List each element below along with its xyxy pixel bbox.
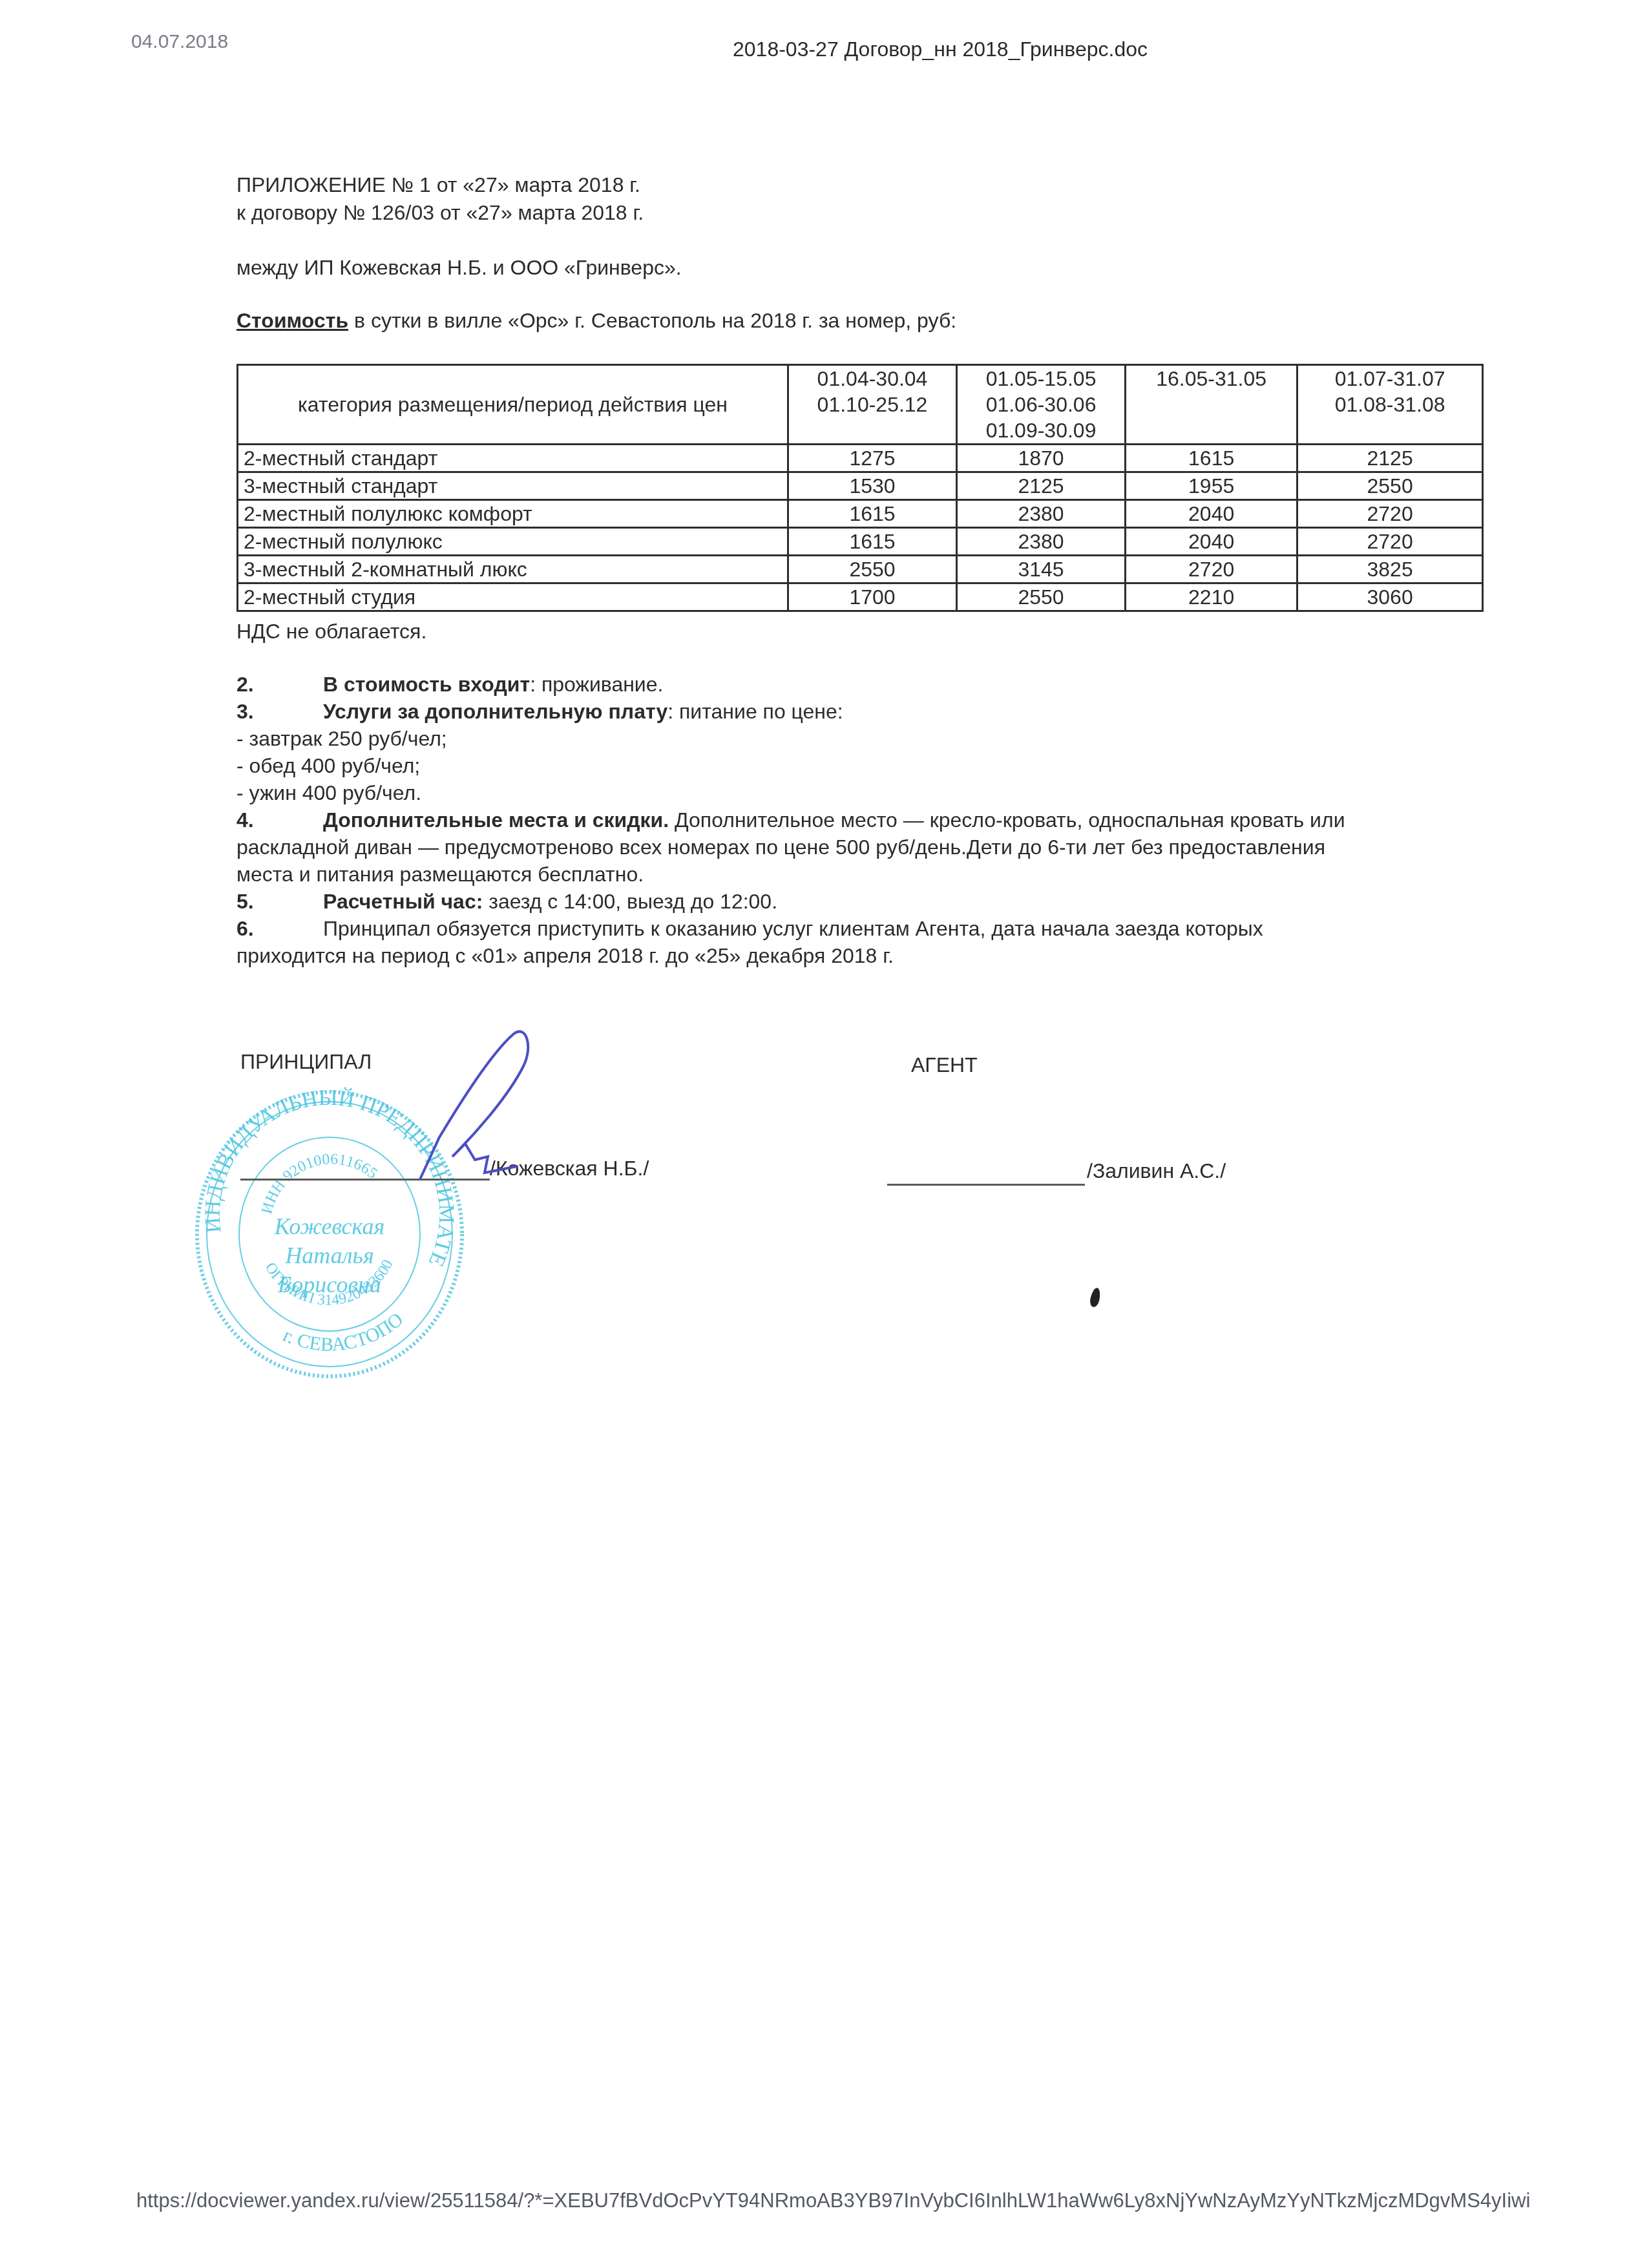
price-table-header: категория размещения/период действия цен… [238, 365, 1483, 445]
term-item-4-line-2: раскладной диван — предусмотреново всех … [236, 834, 1325, 861]
print-document-title: 2018-03-27 Договор_нн 2018_Гринверс.doc [733, 37, 1148, 61]
price-cell: 2380 [957, 528, 1126, 556]
term-item-2: 2.В стоимость входит: проживание. [236, 671, 663, 698]
price-cell: 2550 [957, 583, 1126, 611]
price-cell: 2210 [1126, 583, 1297, 611]
room-category: 3-местный стандарт [238, 472, 788, 500]
header-category: категория размещения/период действия цен [238, 365, 788, 445]
svg-text:Кожевская: Кожевская [274, 1213, 384, 1239]
meal-lunch: - обед 400 руб/чел; [236, 752, 420, 779]
room-category: 2-местный стандарт [238, 445, 788, 472]
term-item-4: 4.Дополнительные места и скидки. Дополни… [236, 806, 1345, 834]
price-cell: 2040 [1126, 528, 1297, 556]
term-item-6: 6.Принципал обязуется приступить к оказа… [236, 915, 1263, 942]
price-cell: 1870 [957, 445, 1126, 472]
term-item-6-line-2: приходится на период с «01» апреля 2018 … [236, 942, 894, 969]
svg-text:Наталья: Наталья [284, 1243, 373, 1268]
table-row: 2-местный полулюкс1615238020402720 [238, 528, 1483, 556]
term-item-5: 5.Расчетный час: заезд с 14:00, выезд до… [236, 888, 777, 915]
price-cell: 2125 [957, 472, 1126, 500]
header-period-4: 01.07-31.07 01.08-31.08 [1297, 365, 1483, 445]
header-period-1: 01.04-30.04 01.10-25.12 [788, 365, 956, 445]
table-row: 2-местный стандарт1275187016152125 [238, 445, 1483, 472]
principal-label: ПРИНЦИПАЛ [240, 1050, 372, 1074]
appendix-title: ПРИЛОЖЕНИЕ № 1 от «27» марта 2018 г. [236, 171, 640, 198]
print-footer-url: https://docviewer.yandex.ru/view/2551158… [136, 2189, 1530, 2212]
contract-reference: к договору № 126/03 от «27» марта 2018 г… [236, 199, 644, 226]
vat-note: НДС не облагается. [236, 618, 426, 645]
price-cell: 1275 [788, 445, 956, 472]
cost-heading: Стоимость в сутки в вилле «Орс» г. Севас… [236, 307, 956, 334]
price-cell: 2550 [1297, 472, 1483, 500]
agent-signature-line [887, 1184, 1085, 1186]
table-row: 2-местный полулюкс комфорт16152380204027… [238, 500, 1483, 528]
signature-icon [362, 1027, 543, 1189]
price-cell: 2550 [788, 556, 956, 583]
cost-description: в сутки в вилле «Орс» г. Севастополь на … [348, 309, 956, 332]
cost-label: Стоимость [236, 309, 348, 332]
meal-dinner: - ужин 400 руб/чел. [236, 779, 421, 806]
agent-name: /Заливин А.С./ [1087, 1159, 1226, 1183]
price-cell: 1530 [788, 472, 956, 500]
ink-blot [1089, 1287, 1102, 1308]
price-cell: 1700 [788, 583, 956, 611]
price-cell: 1615 [1126, 445, 1297, 472]
term-item-4-line-3: места и питания размещаются бесплатно. [236, 861, 644, 888]
table-row: 3-местный 2-комнатный люкс25503145272038… [238, 556, 1483, 583]
svg-text:Борисовна: Борисовна [277, 1272, 381, 1297]
price-cell: 2380 [957, 500, 1126, 528]
header-period-3: 16.05-31.05 [1126, 365, 1297, 445]
print-date: 04.07.2018 [131, 31, 228, 53]
price-cell: 3825 [1297, 556, 1483, 583]
price-cell: 1955 [1126, 472, 1297, 500]
price-cell: 2720 [1126, 556, 1297, 583]
price-cell: 3060 [1297, 583, 1483, 611]
price-cell: 2040 [1126, 500, 1297, 528]
price-cell: 2125 [1297, 445, 1483, 472]
price-cell: 3145 [957, 556, 1126, 583]
header-period-2: 01.05-15.05 01.06-30.06 01.09-30.09 [957, 365, 1126, 445]
table-row: 3-местный стандарт1530212519552550 [238, 472, 1483, 500]
price-cell: 2720 [1297, 500, 1483, 528]
meal-breakfast: - завтрак 250 руб/чел; [236, 725, 447, 752]
price-cell: 2720 [1297, 528, 1483, 556]
table-row: 2-местный студия1700255022103060 [238, 583, 1483, 611]
term-item-3: 3.Услуги за дополнительную плату: питани… [236, 698, 843, 725]
price-cell: 1615 [788, 500, 956, 528]
parties-line: между ИП Кожевская Н.Б. и ООО «Гринверс»… [236, 254, 682, 281]
room-category: 3-местный 2-комнатный люкс [238, 556, 788, 583]
agent-label: АГЕНТ [911, 1053, 978, 1077]
price-table: категория размещения/период действия цен… [236, 364, 1484, 612]
room-category: 2-местный полулюкс комфорт [238, 500, 788, 528]
room-category: 2-местный полулюкс [238, 528, 788, 556]
room-category: 2-местный студия [238, 583, 788, 611]
price-cell: 1615 [788, 528, 956, 556]
